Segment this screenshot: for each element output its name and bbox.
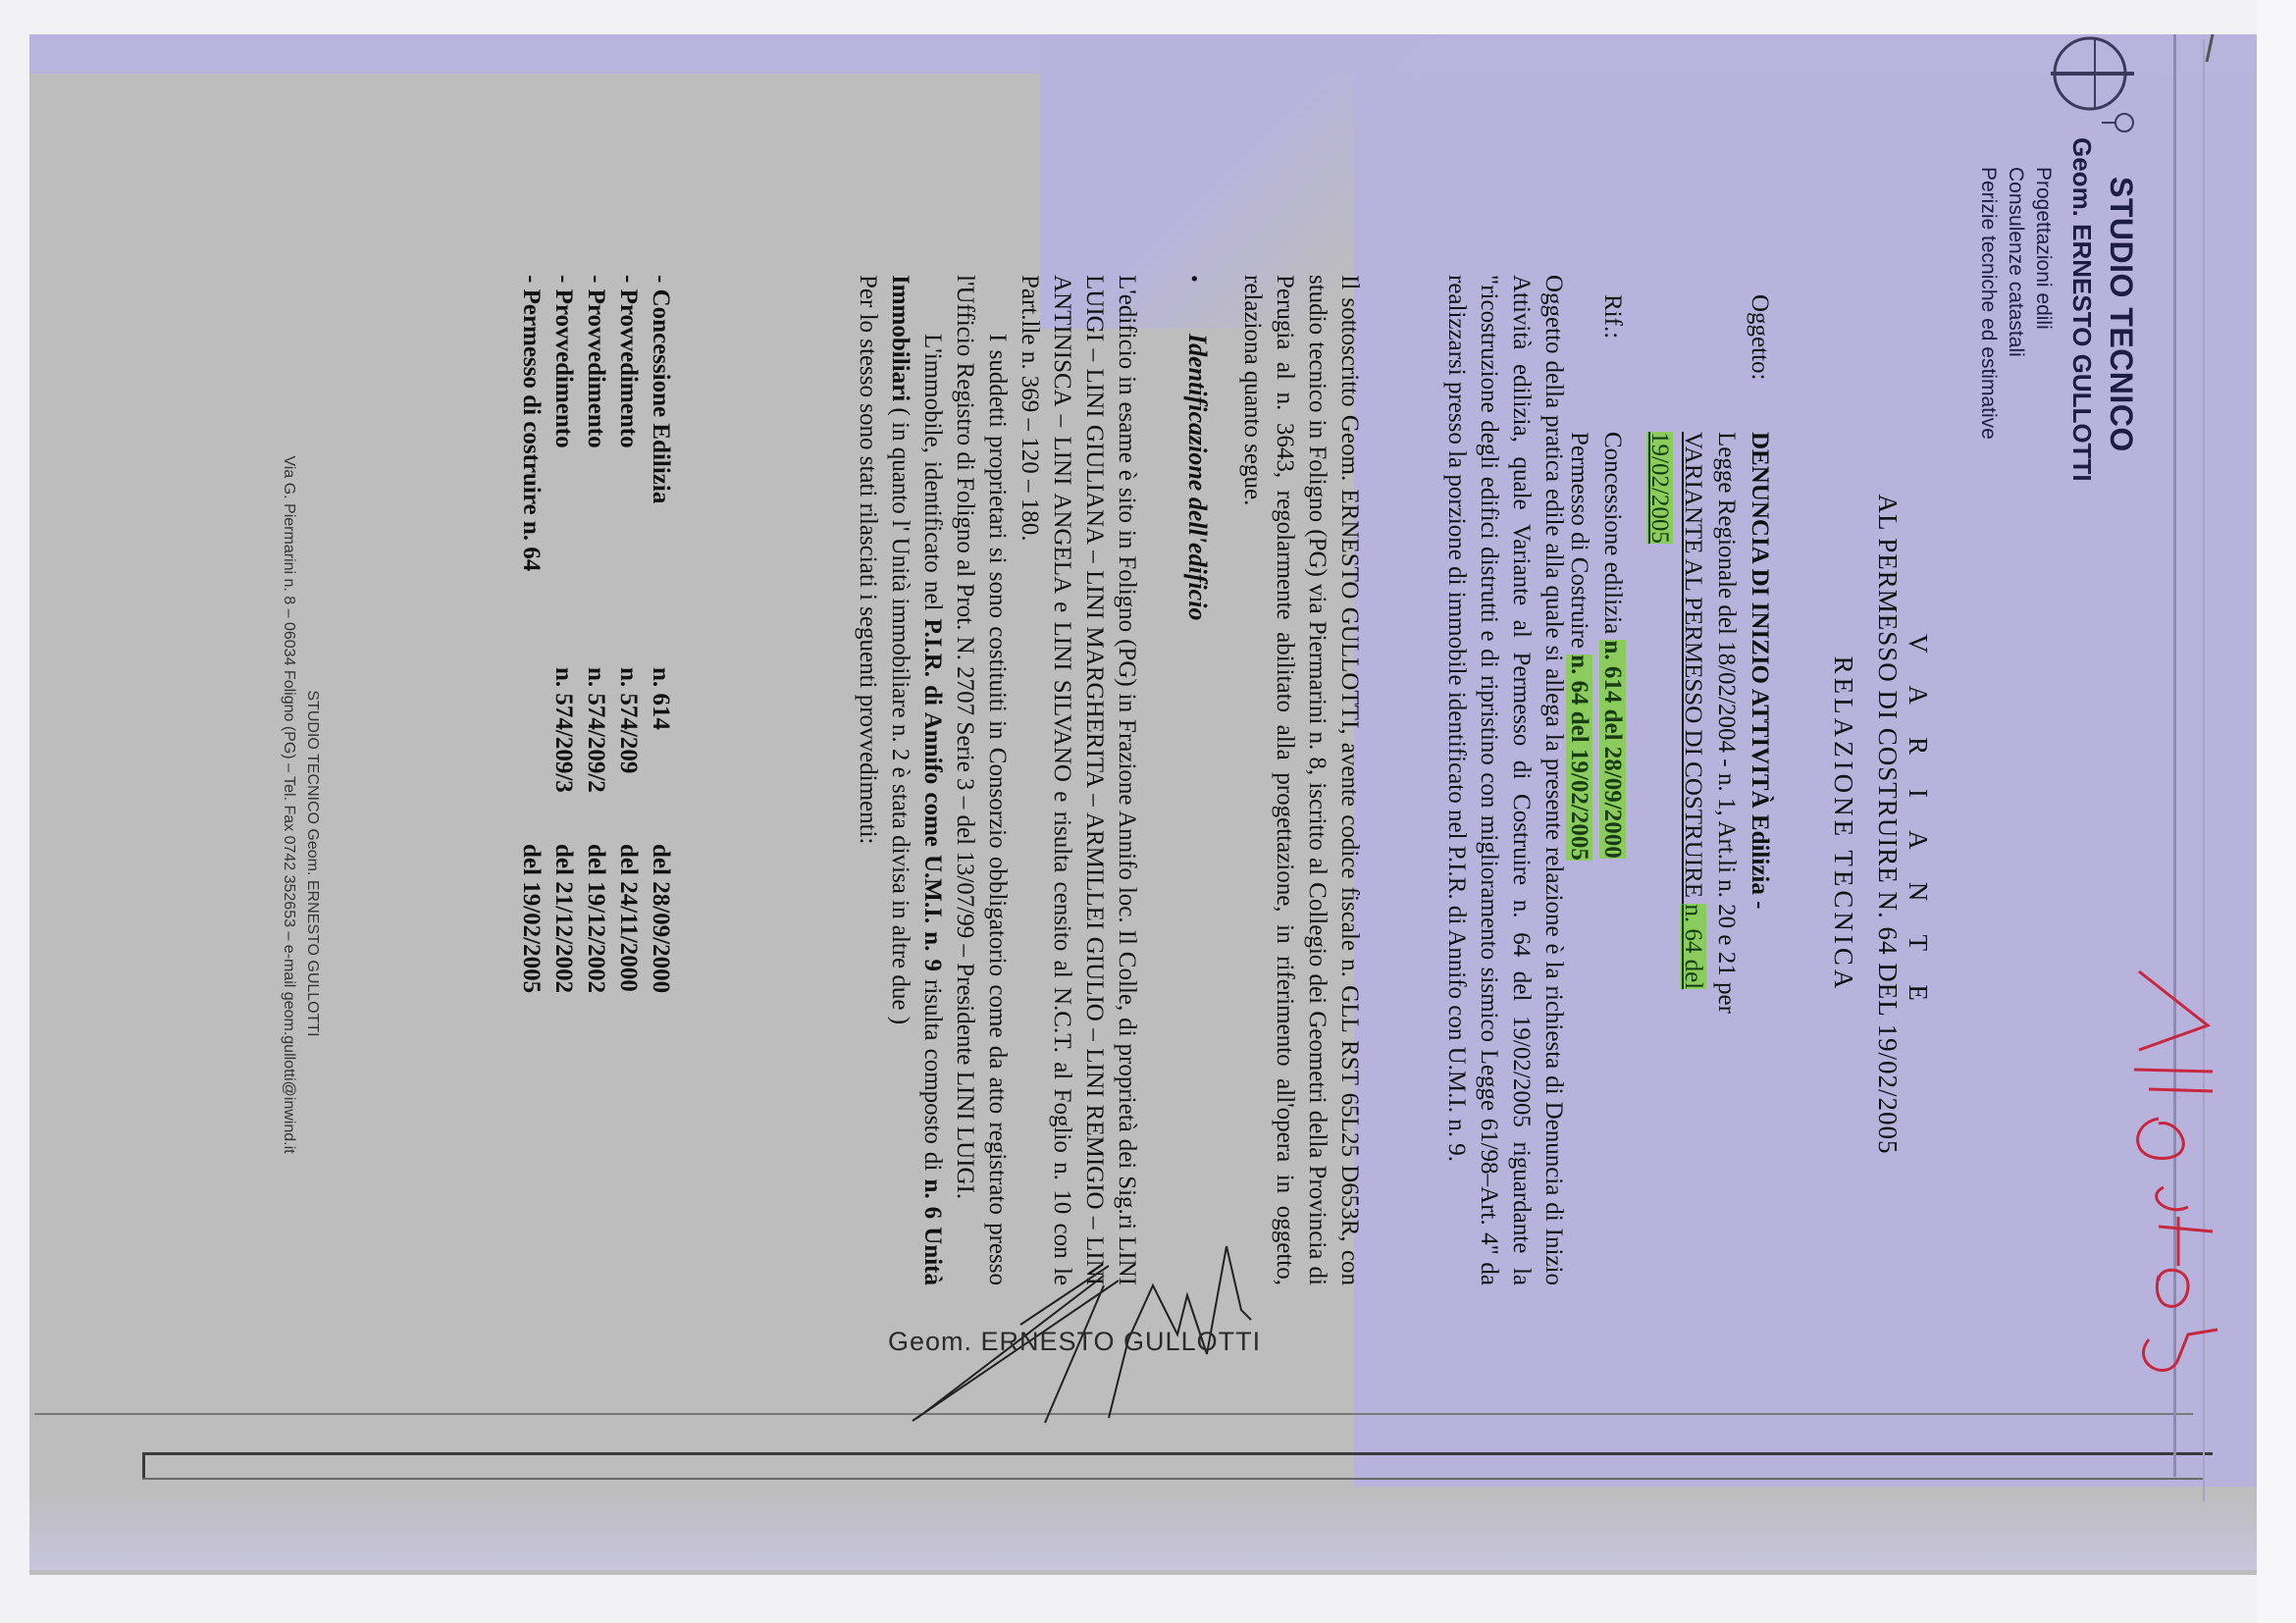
studio-name: STUDIO TECNICO (2103, 177, 2139, 482)
pen-mark (2203, 34, 2217, 62)
section-heading: Identificazione dell'edificio (1182, 275, 1212, 620)
reference-label: Rif.: (1595, 294, 1629, 339)
permit-date: del 21/12/2002 (548, 844, 580, 1040)
footer-studio: STUDIO TECNICO Geom. ERNESTO GULLOTTI (300, 383, 324, 1344)
services-list: Progettazioni edili Consulenze catastali… (1974, 177, 2057, 482)
permit-number: n. 574/209/2 (580, 667, 612, 844)
subject-line: DENUNCIA DI INIZIO ATTIVITÀ Edilizia - (1743, 432, 1776, 1256)
paragraph-intro: Oggetto della pratica edile alla quale s… (1440, 275, 1570, 1285)
permit-type: - Permesso di costruire n. 64 (515, 275, 548, 667)
paragraph-location: L'edificio in esame è sito in Foligno (P… (1014, 275, 1143, 1285)
compass-logo-icon (2041, 29, 2149, 137)
service-item: Perizie tecniche ed estimative (1974, 167, 2002, 482)
highlighted-text: n. 614 del 28/09/2000 (1599, 640, 1626, 858)
permit-number (515, 667, 548, 844)
highlighted-text: n. 64 del (1680, 904, 1706, 989)
service-item: Consulenze catastali (2002, 167, 2029, 482)
title-line: RELAZIONE TECNICA (1828, 353, 1858, 1295)
subject-label: Oggetto: (1743, 294, 1776, 381)
svg-text:Allegato n°5: Allegato n°5 (2090, 952, 2170, 956)
paragraph-permits-intro: Per lo stesso sono stati rilasciati i se… (852, 275, 884, 1285)
title-line: V A R I A N T E (1903, 353, 1933, 1295)
handwritten-annotation: Allegato n°5 (2090, 952, 2267, 1384)
permit-number: n. 574/209 (612, 667, 645, 844)
permit-date: del 19/02/2005 (515, 844, 548, 1040)
permits-list: - Concessione Edilizian. 614del 28/09/20… (515, 275, 677, 1040)
permit-type: - Provvedimento (580, 275, 612, 667)
title-line: AL PERMESSO DI COSTRUIRE N. 64 DEL 19/02… (1872, 353, 1903, 1295)
professional-name: Geom. ERNESTO GULLOTTI (2066, 137, 2097, 482)
permit-type: - Provvedimento (548, 275, 580, 667)
permit-row: - Concessione Edilizian. 614del 28/09/20… (645, 275, 677, 1040)
permit-type: - Concessione Edilizia (645, 275, 677, 667)
subject-line: 19/02/2005 (1643, 432, 1676, 1256)
subject-body: DENUNCIA DI INIZIO ATTIVITÀ Edilizia - L… (1562, 432, 1776, 1256)
permit-row: - Provvedimenton. 574/209/2del 19/12/200… (580, 275, 612, 1040)
permit-date: del 28/09/2000 (645, 844, 677, 1040)
permit-row: - Provvedimenton. 574/209del 24/11/2000 (612, 275, 645, 1040)
permit-row: - Provvedimenton. 574/209/3del 21/12/200… (548, 275, 580, 1040)
highlighted-text: n. 64 del 19/02/2005 (1566, 654, 1592, 861)
permit-number: n. 614 (645, 667, 677, 844)
permit-date: del 24/11/2000 (612, 844, 645, 1040)
footer-address: Via G. Piermarini n. 8 – 06034 Foligno (… (277, 265, 300, 1344)
highlighted-text: 19/02/2005 (1646, 432, 1673, 544)
subject-line: VARIANTE AL PERMESSO DI COSTRUIRE n. 64 … (1676, 432, 1709, 1256)
permit-type: - Provvedimento (612, 275, 645, 667)
service-item: Progettazioni edili (2029, 167, 2057, 482)
permit-number: n. 574/209/3 (548, 667, 580, 844)
permit-date: del 19/12/2002 (580, 844, 612, 1040)
signature-caption: Geom. ERNESTO GULLOTTI (888, 1327, 1261, 1357)
paragraph-building: L'edificio in esame è sito in Foligno (P… (852, 275, 1143, 1285)
paragraph-consortium: I suddetti proprietari si sono costituit… (949, 275, 1014, 1285)
paragraph-declarant: Il sottoscritto Geom. ERNESTO GULLOTTI, … (1236, 275, 1366, 1285)
paragraph-units: L'immobile, identificato nel P.I.R. di A… (884, 275, 949, 1285)
subject-line: Legge Regionale del 18/02/2004 - n. 1, A… (1709, 432, 1743, 1256)
page-footer: STUDIO TECNICO Geom. ERNESTO GULLOTTI Vi… (277, 265, 324, 1344)
reference-item: Concessione edilizia n. 614 del 28/09/20… (1595, 432, 1629, 1256)
permit-row: - Permesso di costruire n. 64del 19/02/2… (515, 275, 548, 1040)
letterhead: STUDIO TECNICO Geom. ERNESTO GULLOTTI Pr… (1974, 177, 2139, 482)
document-title: V A R I A N T E AL PERMESSO DI COSTRUIRE… (1828, 353, 1933, 1295)
